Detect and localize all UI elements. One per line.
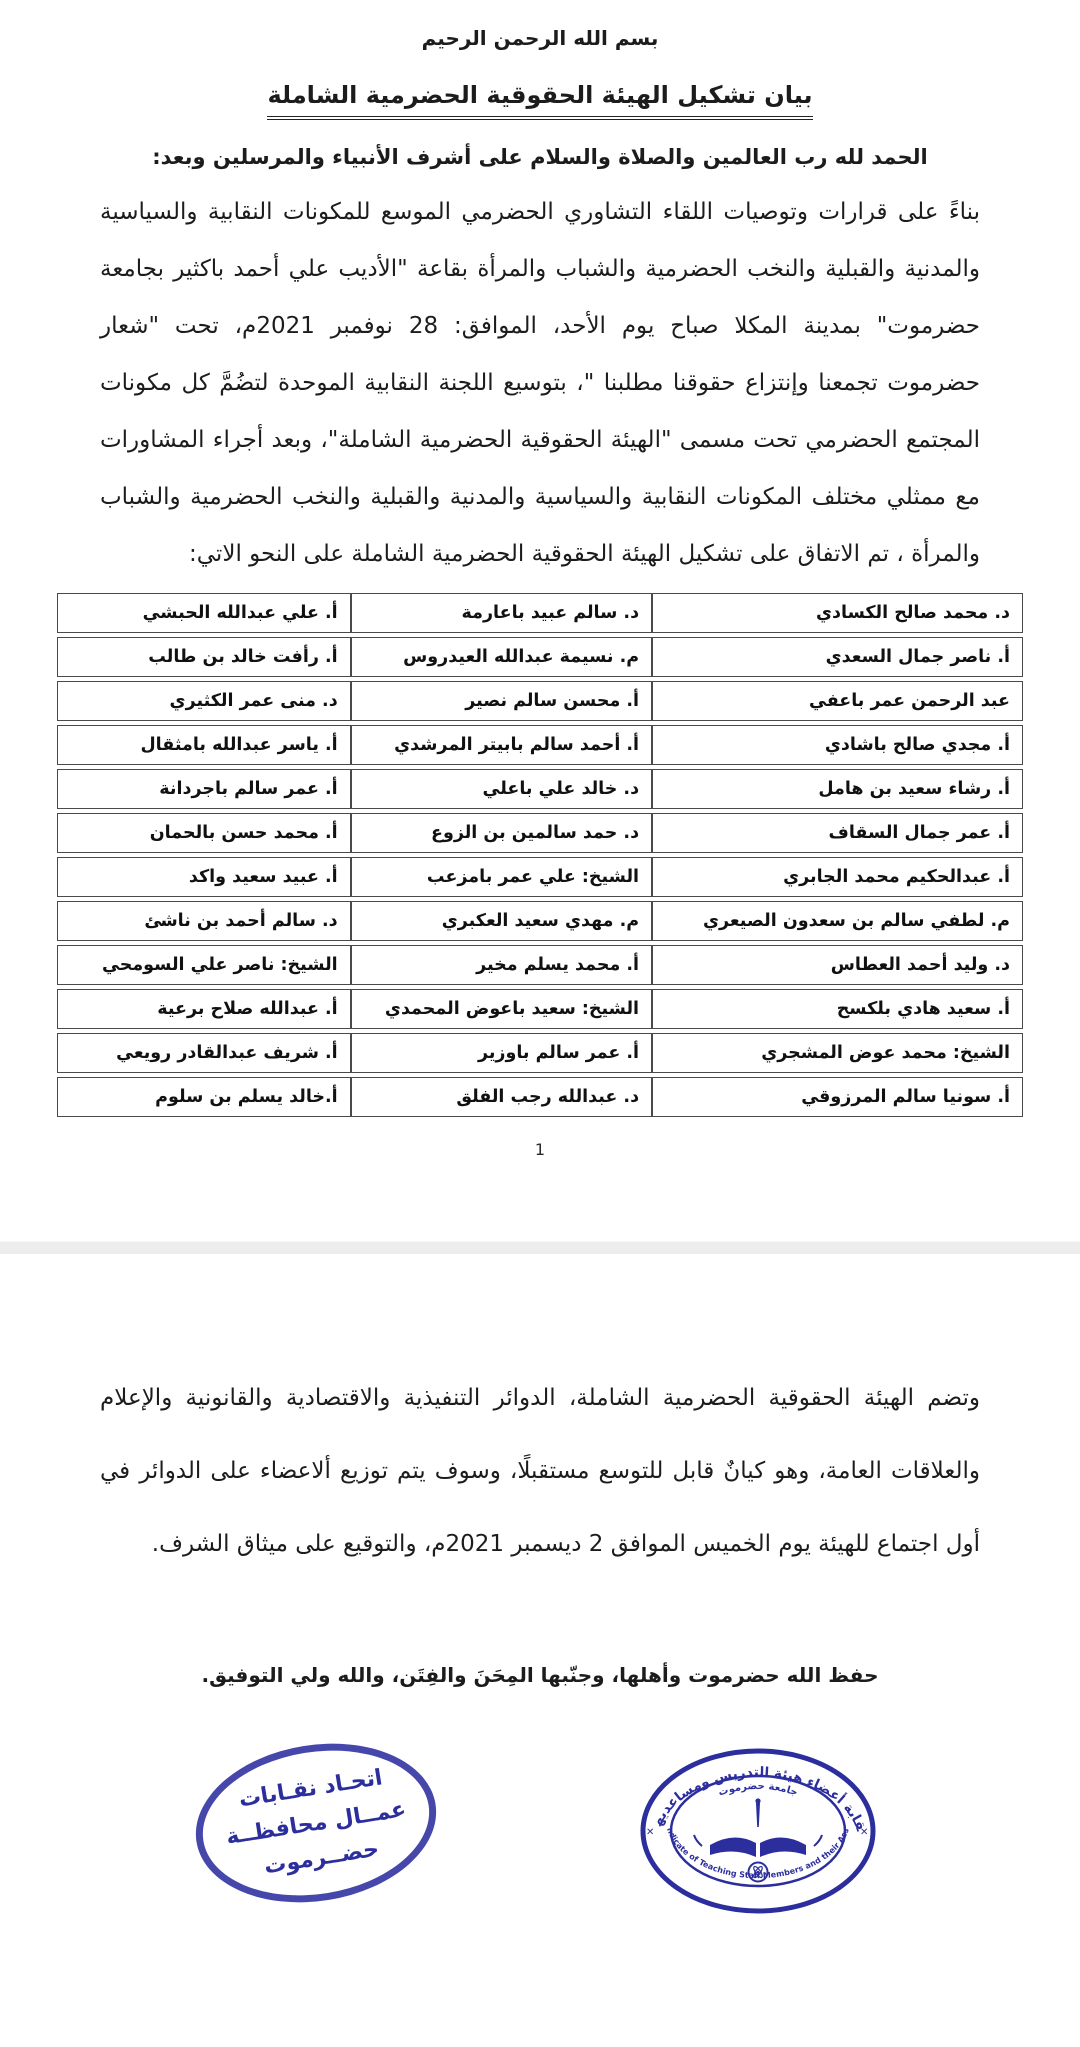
member-name-cell: م. مهدي سعيد العكبري — [351, 901, 652, 941]
table-row: الشيخ: محمد عوض المشجريأ. عمر سالم باوزي… — [57, 1033, 1023, 1073]
teaching-syndicate-stamp-icon: نقابة أعضاء هيئة التدريس ومساعديهم The S… — [636, 1745, 880, 1917]
table-row: أ. عمر جمال السقافد. حمد سالمين بن الزوع… — [57, 813, 1023, 853]
table-row: أ. عبدالحكيم محمد الجابريالشيخ: علي عمر … — [57, 857, 1023, 897]
members-table: د. محمد صالح الكساديد. سالم عبيد باعارمة… — [57, 589, 1023, 1121]
member-name-cell: عبد الرحمن عمر باعفي — [652, 681, 1023, 721]
document: بسم الله الرحمن الرحيم بيان تشكيل الهيئة… — [0, 0, 1080, 1917]
page-title: بيان تشكيل الهيئة الحقوقية الحضرمية الشا… — [267, 78, 812, 120]
member-name-cell: أ. شريف عبدالقادر رويعي — [57, 1033, 351, 1073]
members-table-body: د. محمد صالح الكساديد. سالم عبيد باعارمة… — [57, 593, 1023, 1117]
closing-line: حفظ الله حضرموت وأهلها، وجنّبها المِحَنَ… — [0, 1661, 1080, 1689]
page-separator — [0, 1241, 1080, 1254]
member-name-cell: أ. عبدالله صلاح برعية — [57, 989, 351, 1029]
member-name-cell: أ. عبدالحكيم محمد الجابري — [652, 857, 1023, 897]
member-name-cell: د. منى عمر الكثيري — [57, 681, 351, 721]
member-name-cell: أ. سونيا سالم المرزوقي — [652, 1077, 1023, 1117]
member-name-cell: د. محمد صالح الكسادي — [652, 593, 1023, 633]
body-paragraph-2: وتضم الهيئة الحقوقية الحضرمية الشاملة، ا… — [100, 1362, 980, 1581]
table-row: د. وليد أحمد العطاسأ. محمد يسلم مخيرالشي… — [57, 945, 1023, 985]
member-name-cell: أ. علي عبدالله الحبشي — [57, 593, 351, 633]
table-row: م. لطفي سالم بن سعدون الصيعريم. مهدي سعي… — [57, 901, 1023, 941]
member-name-cell: أ. محمد يسلم مخير — [351, 945, 652, 985]
member-name-cell: د. عبدالله رجب الفلق — [351, 1077, 652, 1117]
table-row: أ. رشاء سعيد بن هاملد. خالد علي باعليأ. … — [57, 769, 1023, 809]
table-row: أ. مجدي صالح باشاديأ. أحمد سالم بابيتر ا… — [57, 725, 1023, 765]
member-name-cell: د. خالد علي باعلي — [351, 769, 652, 809]
member-name-cell: أ.خالد يسلم بن سلوم — [57, 1077, 351, 1117]
member-name-cell: الشيخ: ناصر علي السومحي — [57, 945, 351, 985]
member-name-cell: الشيخ: محمد عوض المشجري — [652, 1033, 1023, 1073]
member-name-cell: أ. عبيد سعيد واكد — [57, 857, 351, 897]
member-name-cell: أ. ناصر جمال السعدي — [652, 637, 1023, 677]
member-name-cell: أ. سعيد هادي بلكسح — [652, 989, 1023, 1029]
member-name-cell: الشيخ: سعيد باعوض المحمدي — [351, 989, 652, 1029]
member-name-cell: د. سالم أحمد بن ناشئ — [57, 901, 351, 941]
member-name-cell: أ. مجدي صالح باشادي — [652, 725, 1023, 765]
table-row: عبد الرحمن عمر باعفيأ. محسن سالم نصيرد. … — [57, 681, 1023, 721]
page-number: 1 — [0, 1139, 1080, 1161]
stamps-row: اتحـاد نقـابات عمــال محافظــة حضــرموت … — [0, 1745, 1080, 1917]
workers-union-stamp-icon: اتحـاد نقـابات عمــال محافظــة حضــرموت — [184, 1727, 447, 1919]
member-name-cell: أ. عمر سالم باوزير — [351, 1033, 652, 1073]
body-paragraph-1: بناءً على قرارات وتوصيات اللقاء التشاوري… — [100, 184, 980, 583]
title-row: بيان تشكيل الهيئة الحقوقية الحضرمية الشا… — [0, 78, 1080, 120]
basmala: بسم الله الرحمن الرحيم — [0, 0, 1080, 52]
member-name-cell: أ. رأفت خالد بن طالب — [57, 637, 351, 677]
member-name-cell: د. سالم عبيد باعارمة — [351, 593, 652, 633]
member-name-cell: م. لطفي سالم بن سعدون الصيعري — [652, 901, 1023, 941]
member-name-cell: أ. عمر سالم باجردانة — [57, 769, 351, 809]
member-name-cell: أ. محسن سالم نصير — [351, 681, 652, 721]
member-name-cell: أ. محمد حسن بالحمان — [57, 813, 351, 853]
table-row: أ. ناصر جمال السعديم. نسيمة عبدالله العي… — [57, 637, 1023, 677]
stamp-university-text: جامعة حضرموت — [717, 1781, 799, 1799]
member-name-cell: د. حمد سالمين بن الزوع — [351, 813, 652, 853]
member-name-cell: الشيخ: علي عمر بامزعب — [351, 857, 652, 897]
member-name-cell: م. نسيمة عبدالله العيدروس — [351, 637, 652, 677]
table-row: د. محمد صالح الكساديد. سالم عبيد باعارمة… — [57, 593, 1023, 633]
stamp-divider-mark: ✕ — [646, 1827, 654, 1838]
stamp-logo-book-icon — [694, 1798, 822, 1857]
member-name-cell: أ. عمر جمال السقاف — [652, 813, 1023, 853]
member-name-cell: أ. أحمد سالم بابيتر المرشدي — [351, 725, 652, 765]
svg-text:جامعة حضرموت: جامعة حضرموت — [717, 1781, 799, 1799]
stamp-divider-mark: ✕ — [860, 1827, 868, 1838]
member-name-cell: أ. رشاء سعيد بن هامل — [652, 769, 1023, 809]
member-name-cell: د. وليد أحمد العطاس — [652, 945, 1023, 985]
table-row: أ. سعيد هادي بلكسحالشيخ: سعيد باعوض المح… — [57, 989, 1023, 1029]
member-name-cell: أ. ياسر عبدالله بامثقال — [57, 725, 351, 765]
table-row: أ. سونيا سالم المرزوقيد. عبدالله رجب الف… — [57, 1077, 1023, 1117]
opening-line: الحمد لله رب العالمين والصلاة والسلام عل… — [0, 142, 1080, 172]
